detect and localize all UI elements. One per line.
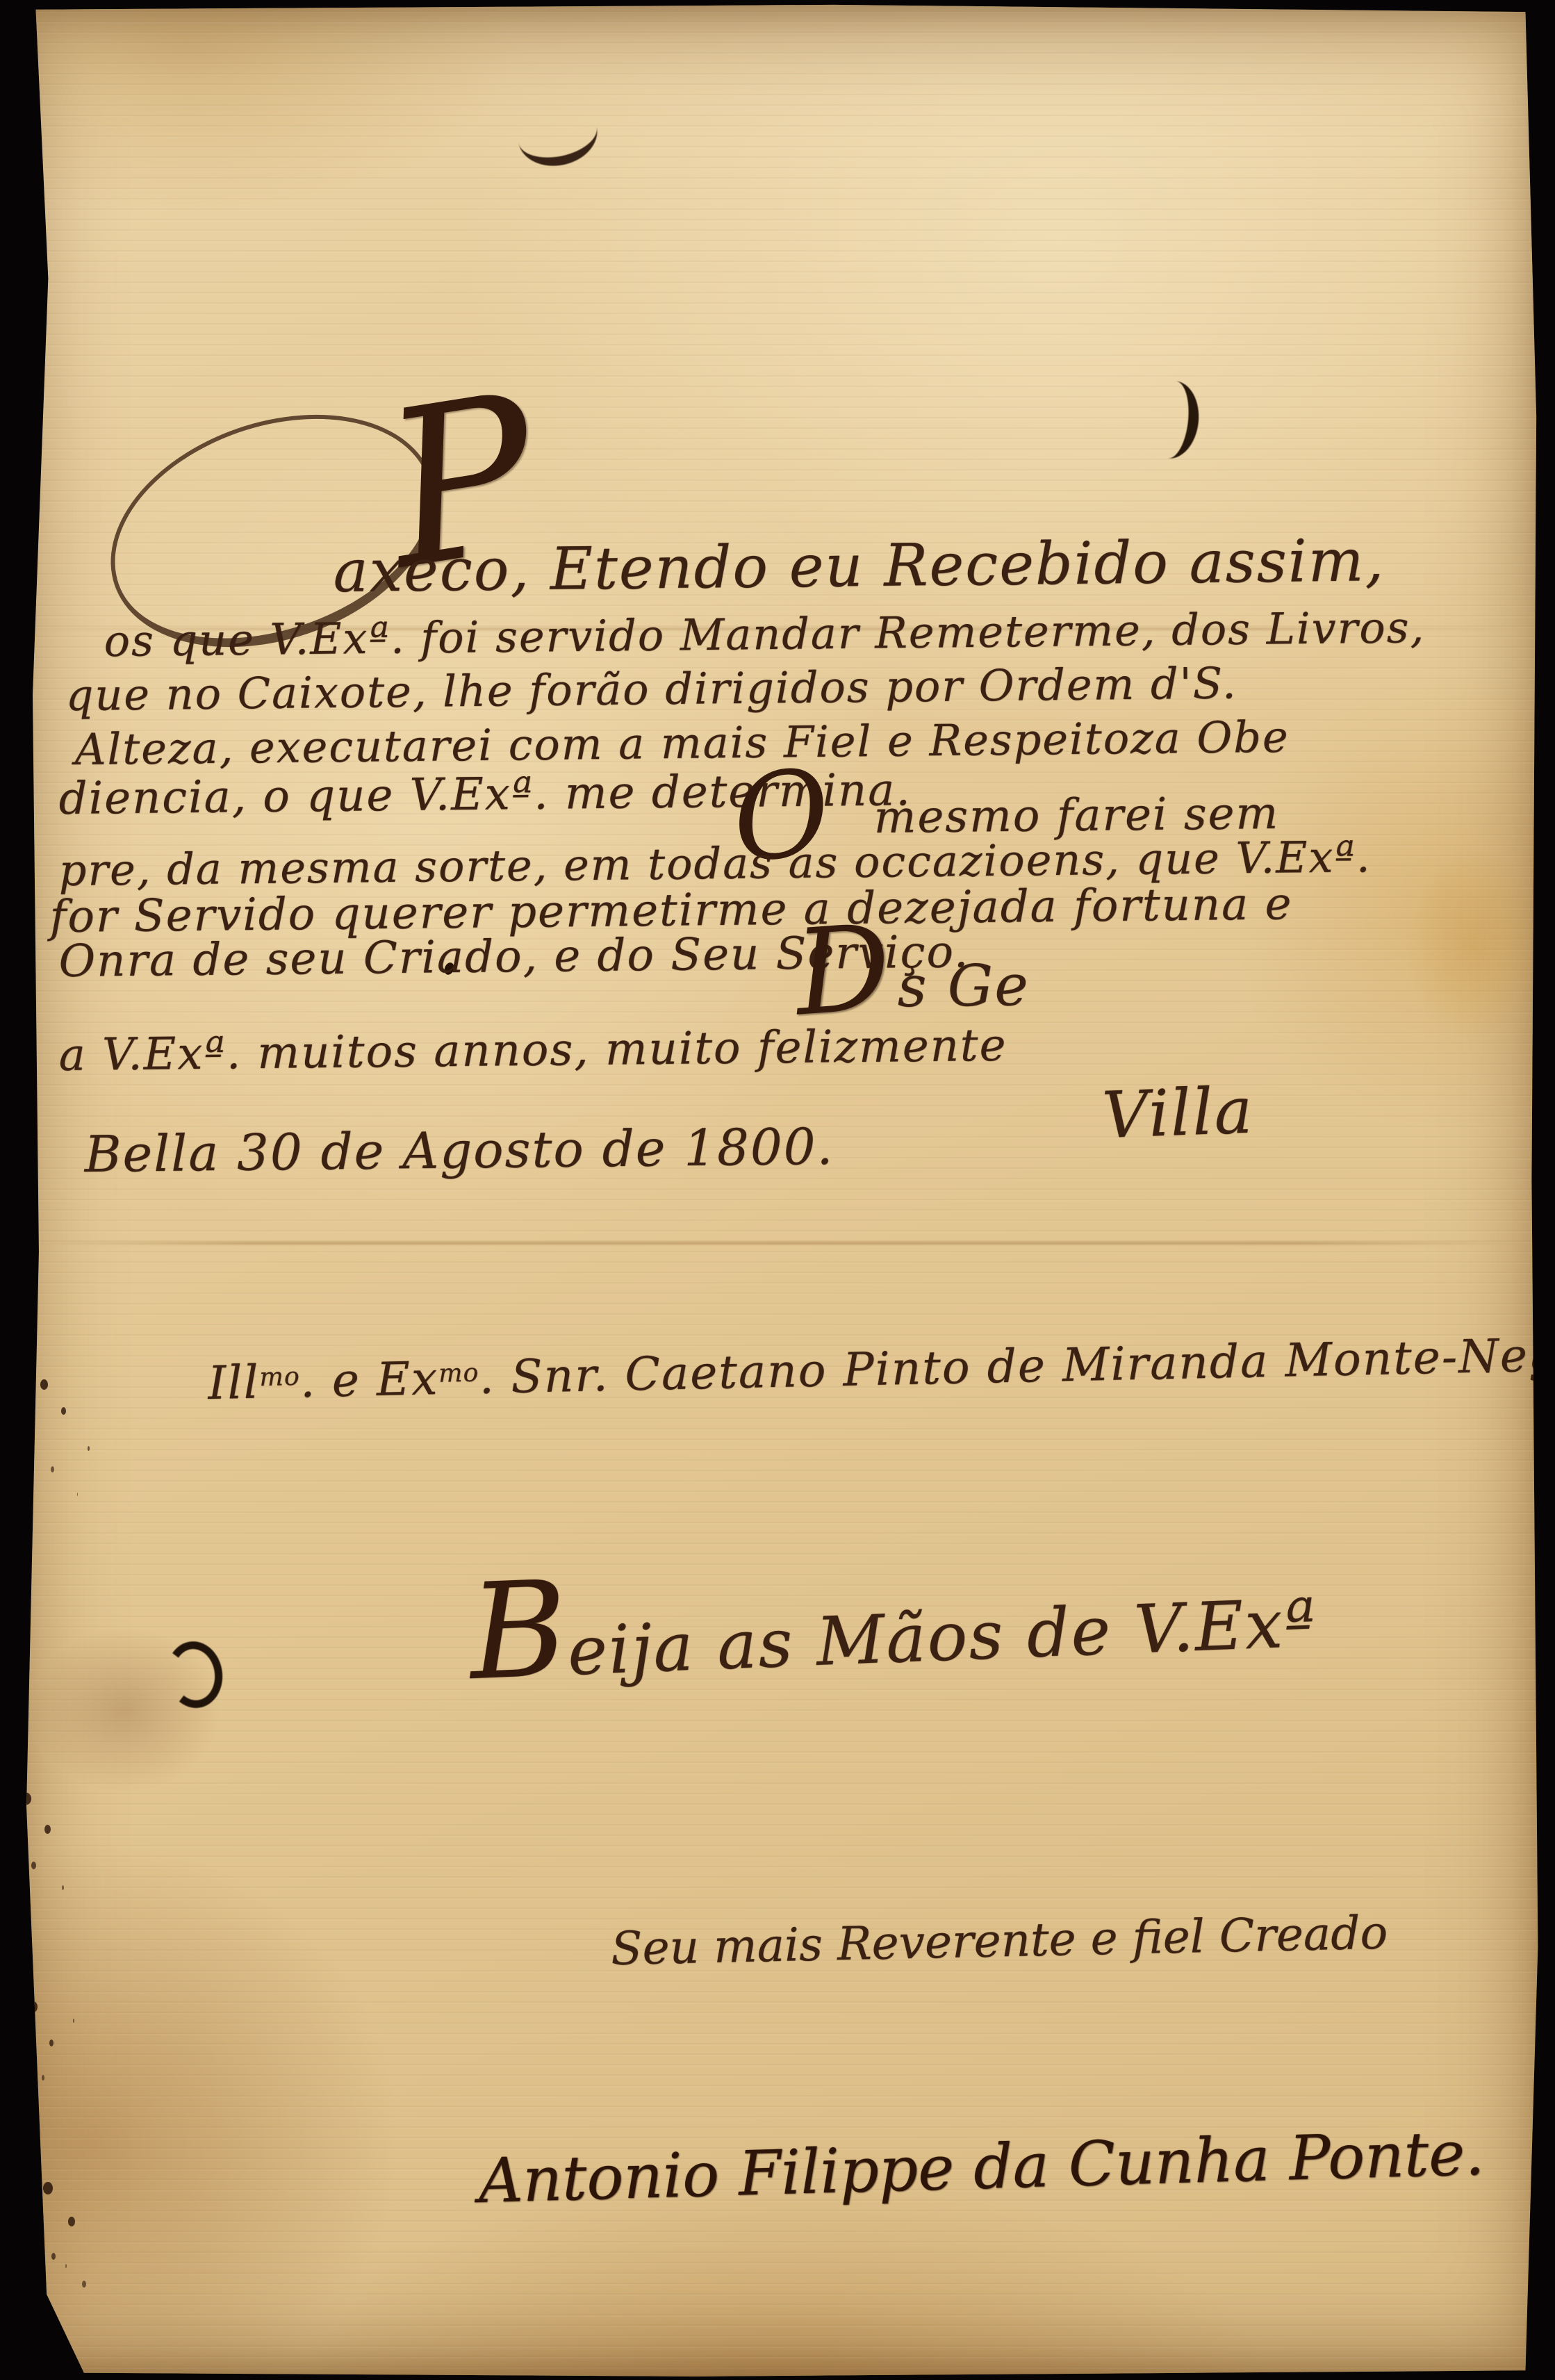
body-line: a V.Exª. muitos annos, muito felizmente [58,1024,1007,1078]
address-superscript: mo [438,1357,479,1388]
deus-guarde-abbreviation: s Ge [897,958,1030,1016]
address-line: Illmo. e Exmo. Snr. Caetano Pinto de Mir… [208,1331,1555,1406]
drop-cap-b: B [467,1552,570,1709]
courtesy-text: eija as Mãos de V.Exª [566,1584,1318,1690]
address-name: . Snr. Caetano Pinto de Miranda Monte-Ne… [479,1327,1555,1404]
ink-blot-icon [512,97,603,173]
manuscript-paper: P axeco, Etendo eu Recebido assim, os qu… [0,0,1555,2380]
body-line: Alteza, executarei com a mais Fiel e Res… [74,716,1290,771]
age-stain [1404,848,1542,1042]
fold-crease [31,1242,1524,1245]
body-line: que no Caixote, lhe forão dirigidos por … [65,662,1237,717]
ink-speckles-icon [40,1379,48,1390]
courtesy-line: Beija as Mãos de V.Exª [468,1534,1319,1699]
ink-speckles-icon [43,2182,53,2194]
photo-canvas: P axeco, Etendo eu Recebido assim, os qu… [0,0,1555,2380]
laid-paper-texture [0,0,1555,2380]
address-honorific: . e Ex [299,1352,439,1408]
address-superscript: mo [259,1361,300,1392]
body-line: os que V.Exª. foi servido Mandar Remeter… [104,606,1425,663]
ink-blot-icon [1141,378,1202,461]
address-honorific: Ill [207,1355,260,1410]
line-salutation: axeco, Etendo eu Recebido assim, [333,531,1385,600]
ink-speckles-icon [22,1793,31,1805]
ink-speckles-icon [29,2001,38,2012]
drop-cap-d-deus-guarde: D [791,908,894,1033]
place-word-villa: Villa [1101,1078,1255,1148]
signature: Antonio Filippe da Cunha Ponte. [478,2123,1486,2212]
dateline: Bella 30 de Agosto de 1800. [84,1122,834,1179]
closing-line: Seu mais Reverente e fiel Creado [611,1910,1388,1972]
